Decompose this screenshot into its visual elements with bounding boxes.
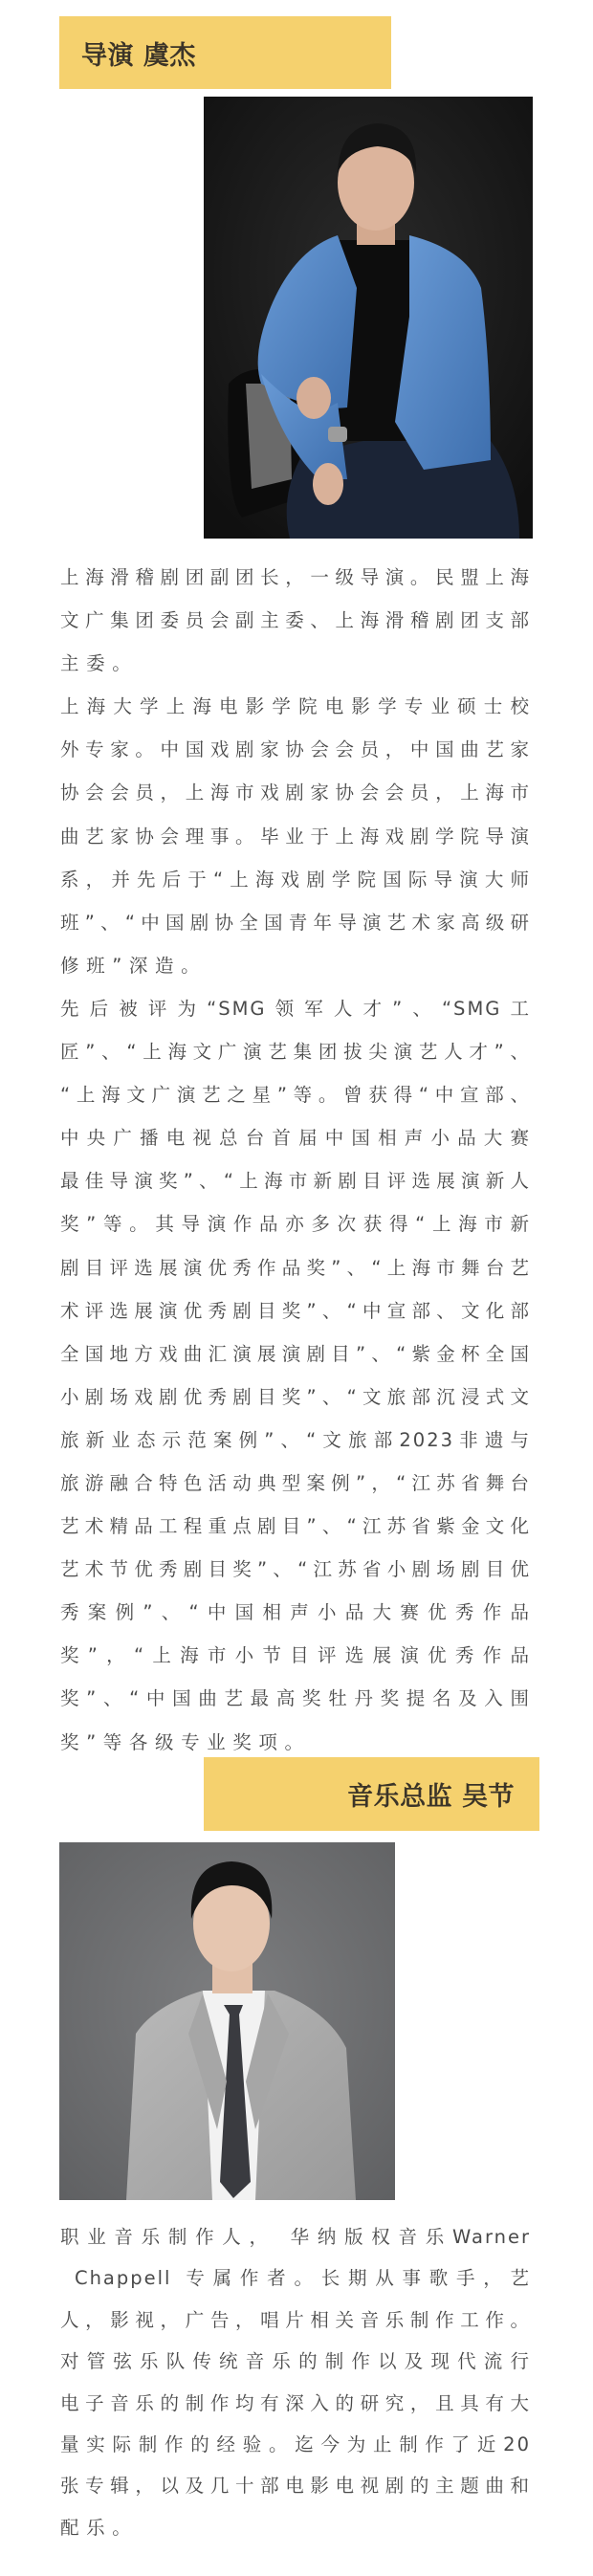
bio-line: 配乐。 — [60, 2507, 531, 2548]
bio-line: 秀案例”、“中国相声小品大赛优秀作品 — [60, 1591, 531, 1634]
bio-line: 术评选展演优秀剧目奖”、“中宣部、文化部 — [60, 1289, 531, 1332]
bio-line: 小剧场戏剧优秀剧目奖”、“文旅部沉浸式文 — [60, 1376, 531, 1419]
bio-line: 对管弦乐队传统音乐的制作以及现代流行 — [60, 2341, 531, 2382]
bio-line: 职业音乐制作人， 华纳版权音乐Warner — [60, 2216, 531, 2257]
bio-line: 最佳导演奖”、“上海市新剧目评选展演新人 — [60, 1159, 531, 1202]
bio-line: 匠”、“上海文广演艺集团拔尖演艺人才”、 — [60, 1030, 531, 1073]
music-director-header: 音乐总监 吴节 — [204, 1757, 539, 1831]
bio-line: 班”、“中国剧协全国青年导演艺术家高级研 — [60, 901, 531, 944]
music-director-bio: 职业音乐制作人， 华纳版权音乐Warner Chappell 专属作者。长期从事… — [60, 2216, 531, 2548]
bio-line: 旅新业态示范案例”、“文旅部2023非遗与 — [60, 1419, 531, 1462]
bio-line: 文广集团委员会副主委、上海滑稽剧团支部 — [60, 599, 531, 642]
bio-line: 修班”深造。 — [60, 944, 531, 987]
bio-line: 上海滑稽剧团副团长，一级导演。民盟上海 — [60, 556, 531, 599]
director-header: 导演 虞杰 — [59, 16, 391, 89]
music-director-portrait-image — [59, 1842, 395, 2200]
bio-line: 协会会员，上海市戏剧家协会会员，上海市 — [60, 771, 531, 814]
music-director-title: 音乐总监 吴节 — [347, 1757, 515, 1831]
bio-line: 上海大学上海电影学院电影学专业硕士校 — [60, 685, 531, 728]
bio-line: 奖”，“上海市小节目评选展演优秀作品 — [60, 1634, 531, 1677]
bio-line: 量实际制作的经验。迄今为止制作了近20 — [60, 2424, 531, 2465]
director-photo — [204, 97, 533, 539]
bio-line: 旅游融合特色活动典型案例”，“江苏省舞台 — [60, 1462, 531, 1505]
bio-line: “上海文广演艺之星”等。曾获得“中宣部、 — [60, 1073, 531, 1116]
bio-line: 艺术精品工程重点剧目”、“江苏省紫金文化 — [60, 1505, 531, 1548]
bio-line: 奖”等。其导演作品亦多次获得“上海市新 — [60, 1202, 531, 1245]
bio-line: 全国地方戏曲汇演展演剧目”、“紫金杯全国 — [60, 1332, 531, 1376]
bio-line: 电子音乐的制作均有深入的研究，且具有大 — [60, 2383, 531, 2424]
bio-line: 外专家。中国戏剧家协会会员，中国曲艺家 — [60, 728, 531, 771]
bio-line: 艺术节优秀剧目奖”、“江苏省小剧场剧目优 — [60, 1548, 531, 1591]
music-director-photo — [59, 1842, 395, 2200]
bio-line: 主委。 — [60, 642, 531, 685]
bio-line: 剧目评选展演优秀作品奖”、“上海市舞台艺 — [60, 1246, 531, 1289]
bio-line: 中央广播电视总台首届中国相声小品大赛 — [60, 1116, 531, 1159]
director-title: 导演 虞杰 — [81, 16, 196, 89]
director-portrait-image — [204, 97, 533, 539]
bio-line: 奖”、“中国曲艺最高奖牡丹奖提名及入围 — [60, 1677, 531, 1720]
bio-line: Chappell 专属作者。长期从事歌手，艺 — [60, 2257, 531, 2299]
bio-line: 张专辑，以及几十部电影电视剧的主题曲和 — [60, 2465, 531, 2506]
bio-line: 先后被评为“SMG领军人才”、“SMG工 — [60, 987, 531, 1030]
bio-line: 曲艺家协会理事。毕业于上海戏剧学院导演 — [60, 815, 531, 858]
bio-line: 人，影视，广告，唱片相关音乐制作工作。 — [60, 2300, 531, 2341]
bio-line: 系，并先后于“上海戏剧学院国际导演大师 — [60, 858, 531, 901]
director-bio: 上海滑稽剧团副团长，一级导演。民盟上海 文广集团委员会副主委、上海滑稽剧团支部 … — [60, 556, 531, 1764]
